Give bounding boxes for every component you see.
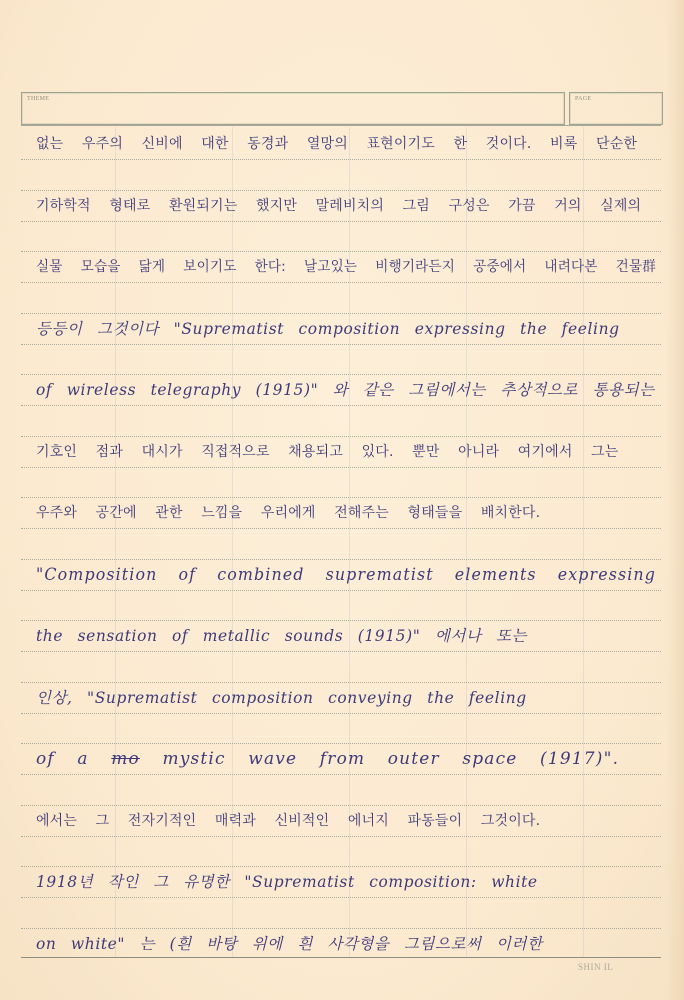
ruled-line: [21, 528, 661, 529]
ruled-line: [21, 159, 661, 160]
text-line-5: of wireless telegraphy (1915)" 와 같은 그림에서…: [36, 375, 656, 405]
brand-mark: SHIN IL: [578, 962, 613, 972]
notebook-page: THEME PAGE 없는 우주의 신비에 대한 동경과 열망의 표현이기도 한…: [0, 0, 684, 1000]
ruled-line: [21, 774, 661, 775]
ruled-line: [21, 221, 661, 222]
page-edge-shadow: [666, 0, 684, 1000]
ruled-line: [21, 344, 661, 345]
text-line-6: 기호인 점과 대시가 직접적으로 채용되고 있다. 뿐만 아니라 여기에서 그는: [36, 437, 656, 467]
ruled-line: [21, 282, 661, 283]
ruled-line: [21, 713, 661, 714]
text-line-9: the sensation of metallic sounds (1915)"…: [36, 621, 656, 651]
text-line-13: 1918년 작인 그 유명한 "Suprematist composition:…: [36, 867, 656, 897]
theme-label: THEME: [27, 96, 49, 102]
bottom-divider: [21, 957, 661, 958]
header-divider: [21, 125, 661, 126]
text-line-11: of a mo mystic wave from outer space (19…: [36, 744, 656, 774]
page-number-field: PAGE: [569, 92, 663, 125]
text-line-12: 에서는 그 전자기적인 매력과 신비적인 에너지 파동들이 그것이다.: [36, 806, 656, 836]
text-fragment: mystic wave from outer space (1917)".: [140, 749, 619, 769]
text-line-3: 실물 모습을 닮게 보이기도 한다: 날고있는 비행기라든지 공중에서 내려다본…: [36, 252, 639, 282]
ruled-line: [21, 590, 661, 591]
text-fragment: of a: [36, 749, 111, 769]
text-line-4: 등등이 그것이다 "Suprematist composition expres…: [36, 314, 656, 344]
text-line-8: "Composition of combined suprematist ele…: [36, 560, 616, 590]
ruled-line: [21, 836, 661, 837]
theme-field: THEME: [21, 92, 565, 125]
ruled-line: [21, 897, 661, 898]
ruled-line: [21, 651, 661, 652]
ruled-line: [21, 467, 661, 468]
text-line-14: on white" 는 (흰 바탕 위에 흰 사각형을 그림으로써 이러한: [36, 929, 656, 959]
text-line-10: 인상, "Suprematist composition conveying t…: [36, 683, 656, 713]
page-label: PAGE: [575, 96, 591, 102]
ruled-line: [21, 405, 661, 406]
text-line-7: 우주와 공간에 관한 느낌을 우리에게 전해주는 형태들을 배치한다.: [36, 498, 656, 528]
text-line-2: 기하학적 형태로 환원되기는 했지만 말레비치의 그림 구성은 가끔 거의 실제…: [36, 191, 656, 221]
struck-out-word: mo: [111, 749, 140, 769]
text-line-1: 없는 우주의 신비에 대한 동경과 열망의 표현이기도 한 것이다. 비록 단순…: [36, 129, 656, 159]
